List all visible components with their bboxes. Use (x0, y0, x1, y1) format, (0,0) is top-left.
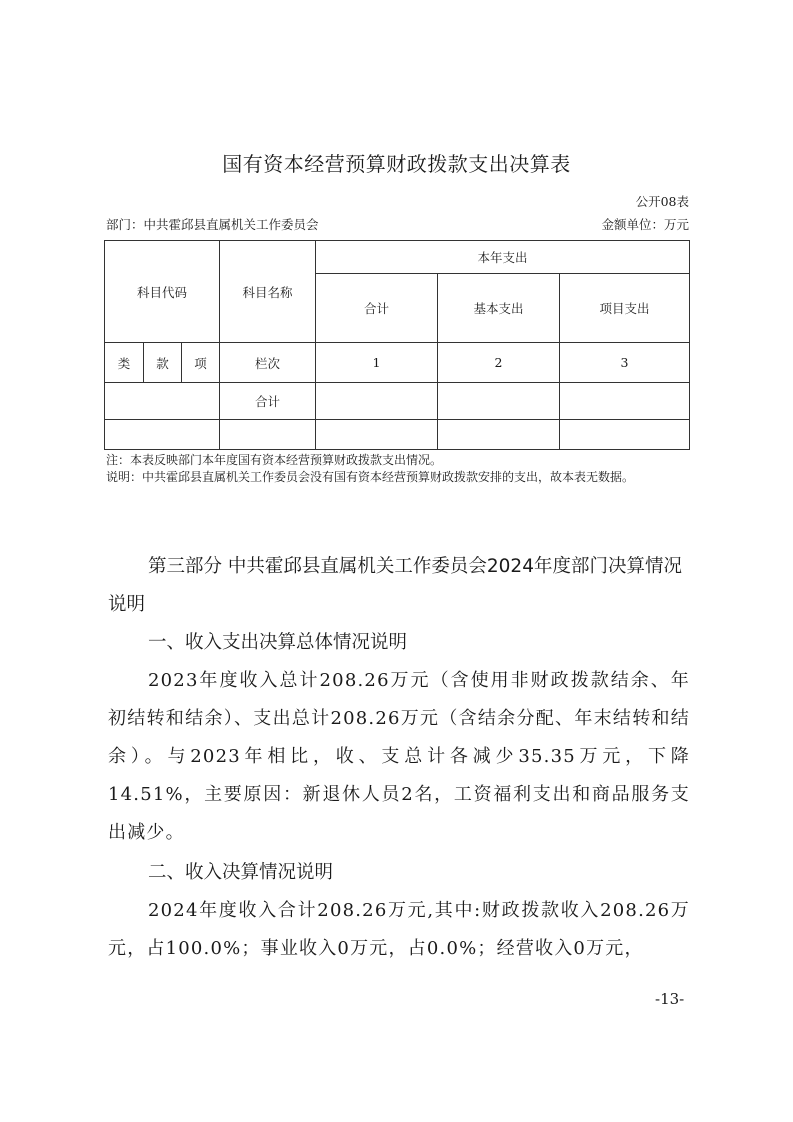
column-number-1: 1 (316, 343, 438, 383)
header-class: 类 (105, 343, 144, 383)
sub1-text: 2023年度收入总计208.26万元（含使用非财政拨款结余、年初结转和结余）、支… (108, 662, 690, 852)
table-title: 国有资本经营预算财政拨款支出决算表 (0, 148, 793, 177)
part3-section: 第三部分 中共霍邱县直属机关工作委员会2024年度部门决算情况说明 一、收入支出… (108, 548, 690, 968)
page-number: -13- (655, 990, 684, 1008)
department-label: 部门：中共霍邱县直属机关工作委员会 (106, 215, 319, 233)
column-number-2: 2 (438, 343, 560, 383)
header-project-expense: 项目支出 (560, 274, 690, 343)
part3-heading: 第三部分 中共霍邱县直属机关工作委员会2024年度部门决算情况说明 (108, 548, 690, 624)
cell-code (105, 420, 220, 450)
header-basic-expense: 基本支出 (438, 274, 560, 343)
header-section: 款 (144, 343, 182, 383)
cell-name: 合计 (220, 383, 316, 420)
header-subject-code: 科目代码 (105, 241, 220, 343)
table-row (105, 420, 690, 450)
cell-total (316, 420, 438, 450)
cell-project (560, 383, 690, 420)
table-row: 合计 (105, 383, 690, 420)
cell-basic (438, 383, 560, 420)
header-item: 项 (182, 343, 220, 383)
unit-label: 金额单位：万元 (601, 215, 689, 233)
cell-total (316, 383, 438, 420)
cell-name (220, 420, 316, 450)
cell-code (105, 383, 220, 420)
table-note: 注：本表反映部门本年度国有资本经营预算财政拨款支出情况。 (106, 452, 696, 469)
header-total: 合计 (316, 274, 438, 343)
cell-project (560, 420, 690, 450)
table-explanation: 说明：中共霍邱县直属机关工作委员会没有国有资本经营预算财政拨款安排的支出，故本表… (106, 469, 696, 486)
sub2-heading: 二、收入决算情况说明 (108, 854, 690, 892)
form-number: 公开08表 (636, 192, 689, 210)
sub2-text: 2024年度收入合计208.26万元,其中:财政拨款收入208.26万元，占10… (108, 892, 690, 968)
cell-basic (438, 420, 560, 450)
column-number-3: 3 (560, 343, 690, 383)
expense-table: 科目代码 科目名称 本年支出 合计 基本支出 项目支出 类 款 项 栏次 1 2… (104, 240, 690, 450)
header-current-year-expense: 本年支出 (316, 241, 690, 274)
sub1-heading: 一、收入支出决算总体情况说明 (108, 624, 690, 662)
header-column-no: 栏次 (220, 343, 316, 383)
header-subject-name: 科目名称 (220, 241, 316, 343)
